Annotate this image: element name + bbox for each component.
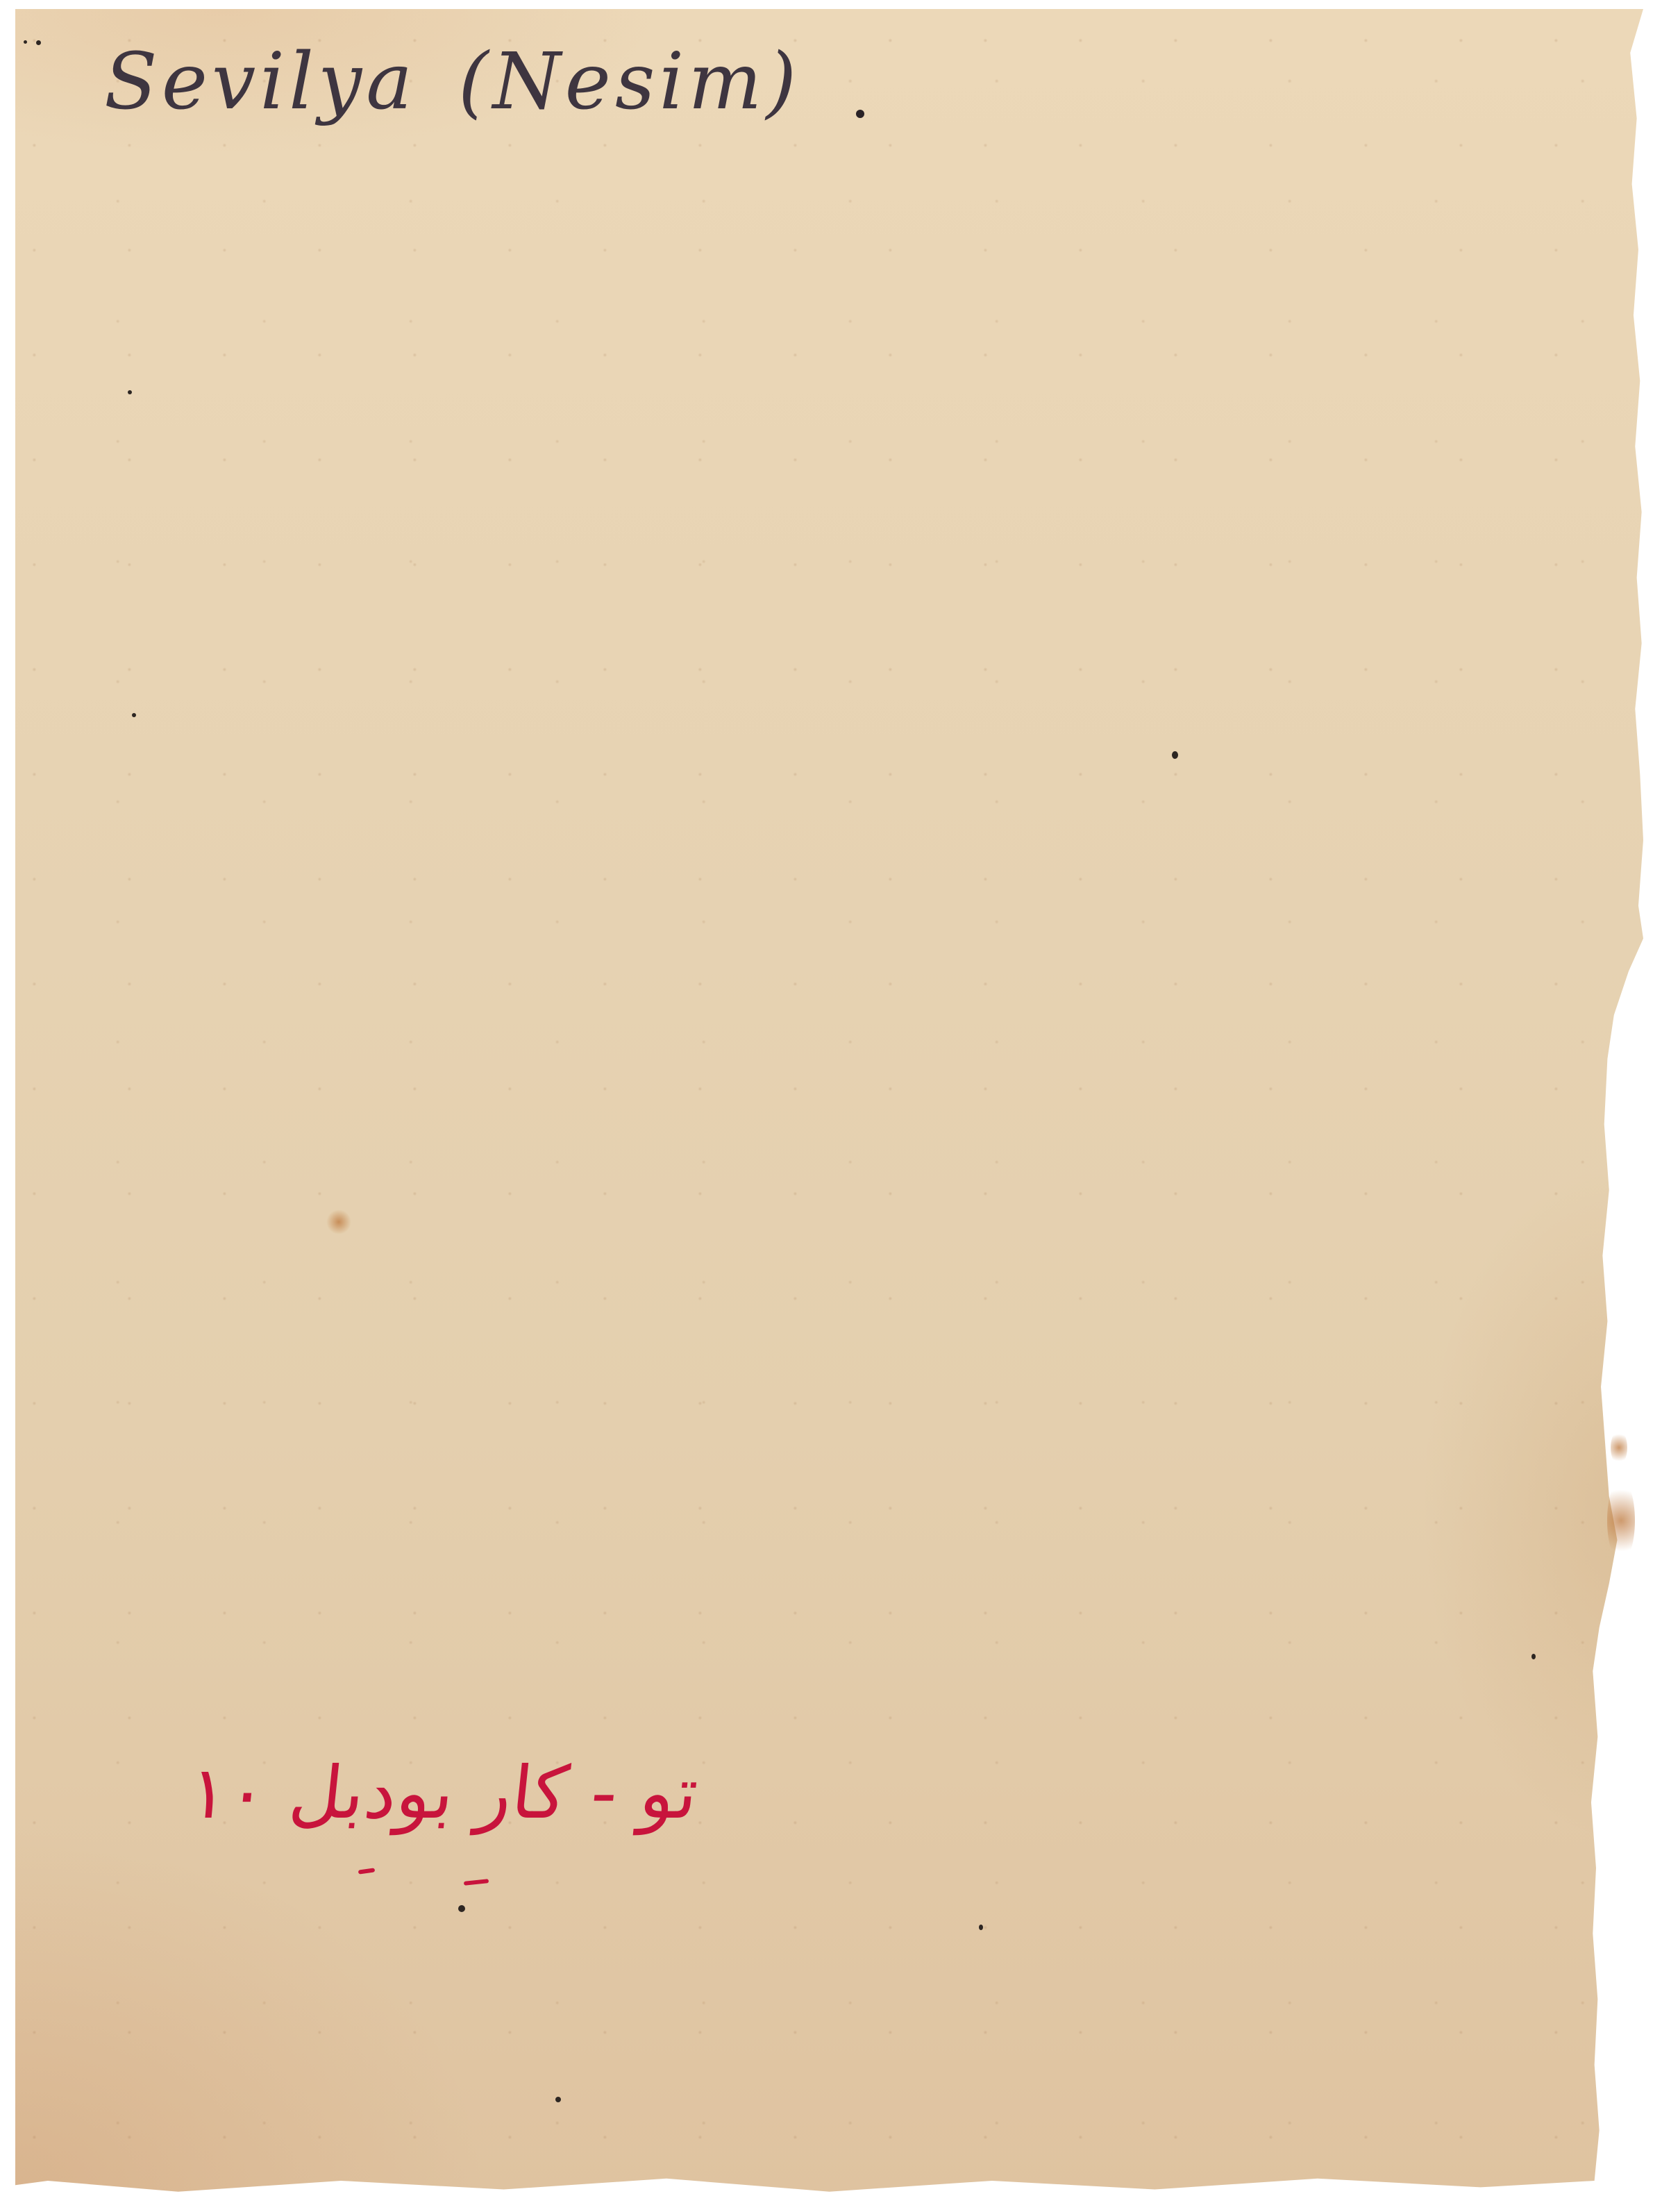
ink-speck bbox=[24, 40, 27, 44]
red-ink-annotation: تو - کار بودبل ۱۰ bbox=[235, 1750, 702, 1836]
paper-sheet bbox=[15, 9, 1643, 2196]
heading-parenthetical: (Nesim) bbox=[458, 37, 800, 127]
ink-speck bbox=[979, 1925, 983, 1930]
paper-texture bbox=[15, 9, 1643, 2196]
ink-speck bbox=[555, 2097, 561, 2102]
heading-place-name: Sevilya bbox=[104, 37, 417, 127]
edge-stain bbox=[1607, 1479, 1635, 1562]
ink-speck bbox=[128, 390, 132, 394]
edge-stain bbox=[1611, 1430, 1627, 1465]
foxing-stain bbox=[326, 1209, 351, 1234]
ink-speck bbox=[1531, 1654, 1536, 1659]
ink-speck bbox=[1172, 751, 1178, 759]
ink-speck bbox=[132, 713, 136, 717]
ink-speck bbox=[36, 40, 41, 45]
ink-speck bbox=[458, 1905, 465, 1912]
heading-period bbox=[856, 110, 864, 118]
handwritten-heading: Sevilya(Nesim) bbox=[104, 43, 800, 121]
